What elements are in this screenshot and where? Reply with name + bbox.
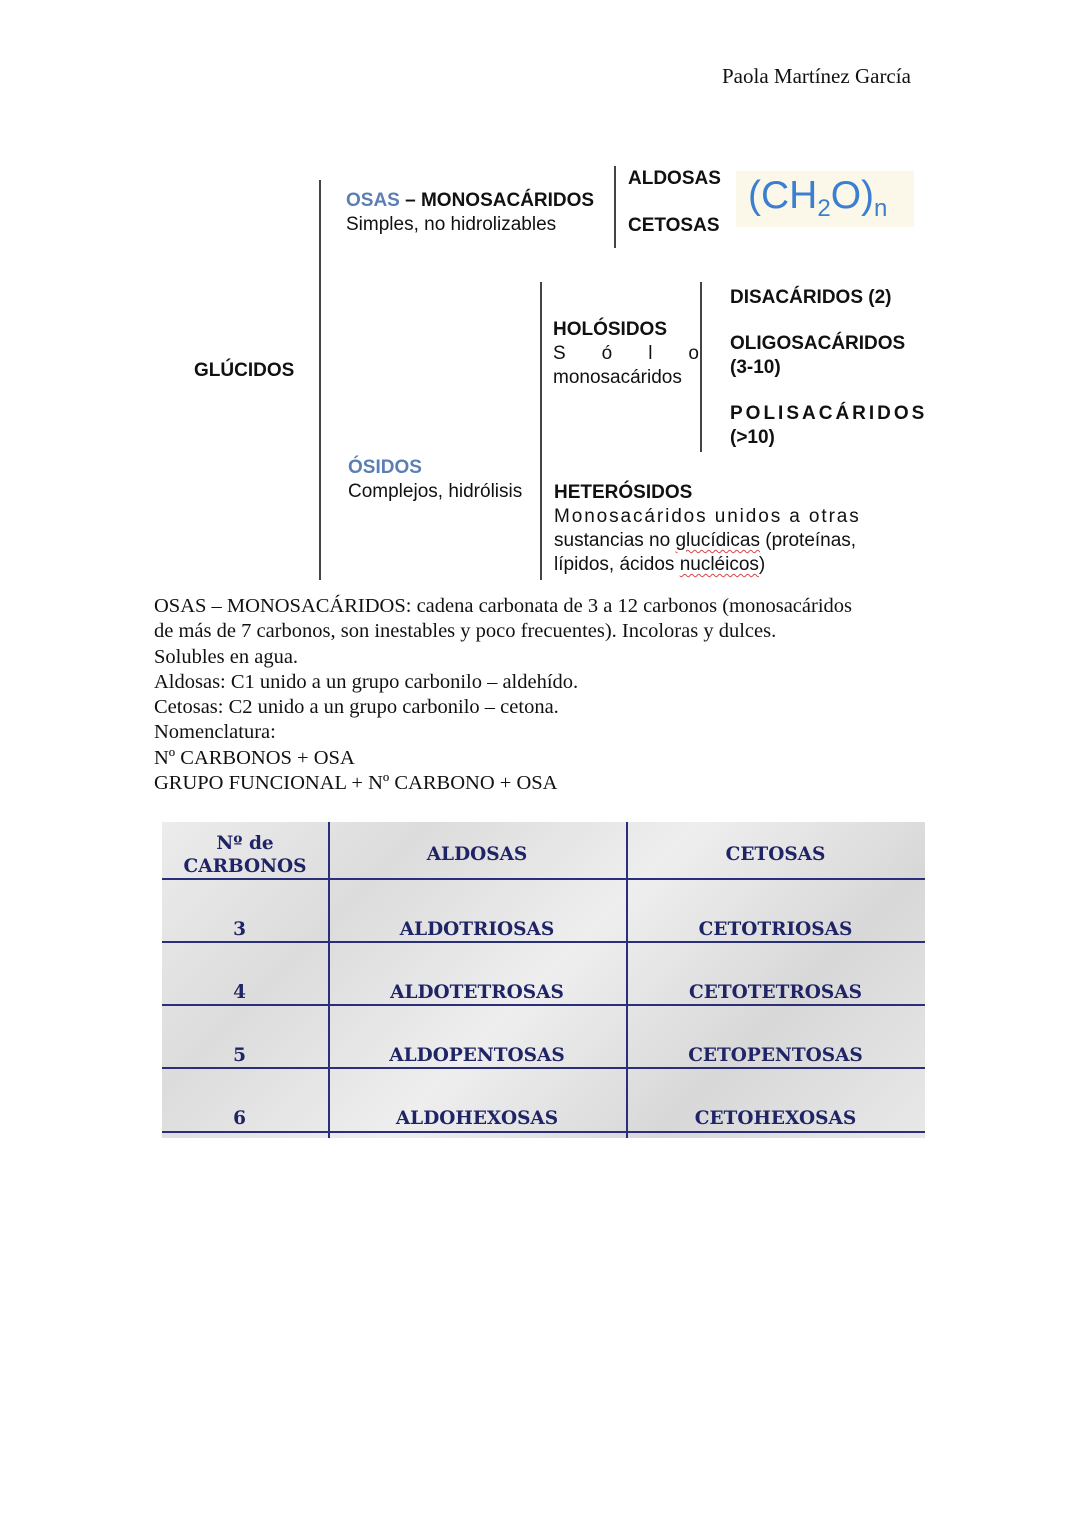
row-3-cetosa: CETOTRIOSAS (626, 919, 925, 940)
type-disacaridos: DISACÁRIDOS (2) (730, 286, 892, 310)
col-divider (328, 822, 330, 1138)
text-line: Nomenclatura: (154, 720, 934, 745)
formula-ch2o-n: (CH2O)n (748, 174, 887, 223)
text-line: GRUPO FUNCIONAL + Nº CARBONO + OSA (154, 771, 934, 796)
osas-title-rest: – MONOSACÁRIDOS (400, 190, 594, 211)
osas-title-colored: OSAS (346, 190, 400, 211)
osidos-subtitle: Complejos, hidrólisis (348, 480, 522, 504)
heterosidos-title: HETERÓSIDOS (554, 481, 886, 505)
text-line: Cetosas: C2 unido a un grupo carbonilo –… (154, 695, 934, 720)
divider-osas (614, 166, 616, 248)
header-carbons: Nº de CARBONOS (162, 832, 328, 878)
osas-type-cetosas: CETOSAS (628, 214, 720, 238)
row-4-cetosa: CETOTETROSAS (626, 982, 925, 1003)
row-4-aldosa: ALDOTETROSAS (328, 982, 626, 1003)
row-3-aldosa: ALDOTRIOSAS (328, 919, 626, 940)
osidos-block: ÓSIDOS Complejos, hidrólisis (348, 456, 522, 504)
holosidos-line2: monosacáridos (553, 366, 699, 390)
osas-subtitle: Simples, no hidrolizables (346, 213, 594, 237)
divider-holosidos (700, 282, 702, 452)
type-polisacaridos: POLISACÁRIDOS (>10) (730, 402, 927, 450)
holosidos-block: HOLÓSIDOS Sólo monosacáridos (553, 318, 699, 390)
header-aldosas: ALDOSAS (328, 844, 626, 865)
osas-description: OSAS – MONOSACÁRIDOS: cadena carbonata d… (154, 594, 934, 796)
divider-osidos (540, 282, 542, 580)
row-4-n: 4 (162, 982, 317, 1003)
row-divider (162, 878, 925, 880)
heterosidos-line1: Monosacáridos unidos a otras (554, 505, 886, 529)
author-name: Paola Martínez García (722, 64, 911, 89)
type-oligosacaridos: OLIGOSACÁRIDOS (3-10) (730, 332, 905, 380)
row-divider (162, 1004, 925, 1006)
heterosidos-line2: sustancias no glucídicas (proteínas, (554, 529, 886, 553)
text-line: de más de 7 carbonos, son inestables y p… (154, 619, 934, 644)
row-6-cetosa: CETOHEXOSAS (626, 1108, 925, 1129)
holosidos-title: HOLÓSIDOS (553, 318, 699, 342)
text-line: OSAS – MONOSACÁRIDOS: cadena carbonata d… (154, 594, 934, 619)
row-6-aldosa: ALDOHEXOSAS (328, 1108, 626, 1129)
text-line: Aldosas: C1 unido a un grupo carbonilo –… (154, 670, 934, 695)
row-divider (162, 941, 925, 943)
row-5-n: 5 (162, 1045, 317, 1066)
osas-type-aldosas: ALDOSAS (628, 167, 721, 191)
heterosidos-line3: lípidos, ácidos nucléicos) (554, 553, 886, 577)
divider-main (319, 180, 321, 580)
row-divider (162, 1131, 925, 1133)
row-6-n: 6 (162, 1108, 317, 1129)
root-label: GLÚCIDOS (194, 360, 294, 382)
holosidos-line1: Sólo (553, 342, 699, 366)
heterosidos-block: HETERÓSIDOS Monosacáridos unidos a otras… (554, 481, 886, 577)
nomenclature-table: Nº de CARBONOS ALDOSAS CETOSAS 3 ALDOTRI… (162, 822, 925, 1138)
col-divider (626, 822, 628, 1138)
row-divider (162, 1067, 925, 1069)
row-5-aldosa: ALDOPENTOSAS (328, 1045, 626, 1066)
row-5-cetosa: CETOPENTOSAS (626, 1045, 925, 1066)
header-cetosas: CETOSAS (626, 844, 925, 865)
text-line: Nº CARBONOS + OSA (154, 746, 934, 771)
row-3-n: 3 (162, 919, 317, 940)
osas-block: OSAS – MONOSACÁRIDOS Simples, no hidroli… (346, 189, 594, 237)
osidos-title: ÓSIDOS (348, 456, 522, 480)
text-line: Solubles en agua. (154, 645, 934, 670)
